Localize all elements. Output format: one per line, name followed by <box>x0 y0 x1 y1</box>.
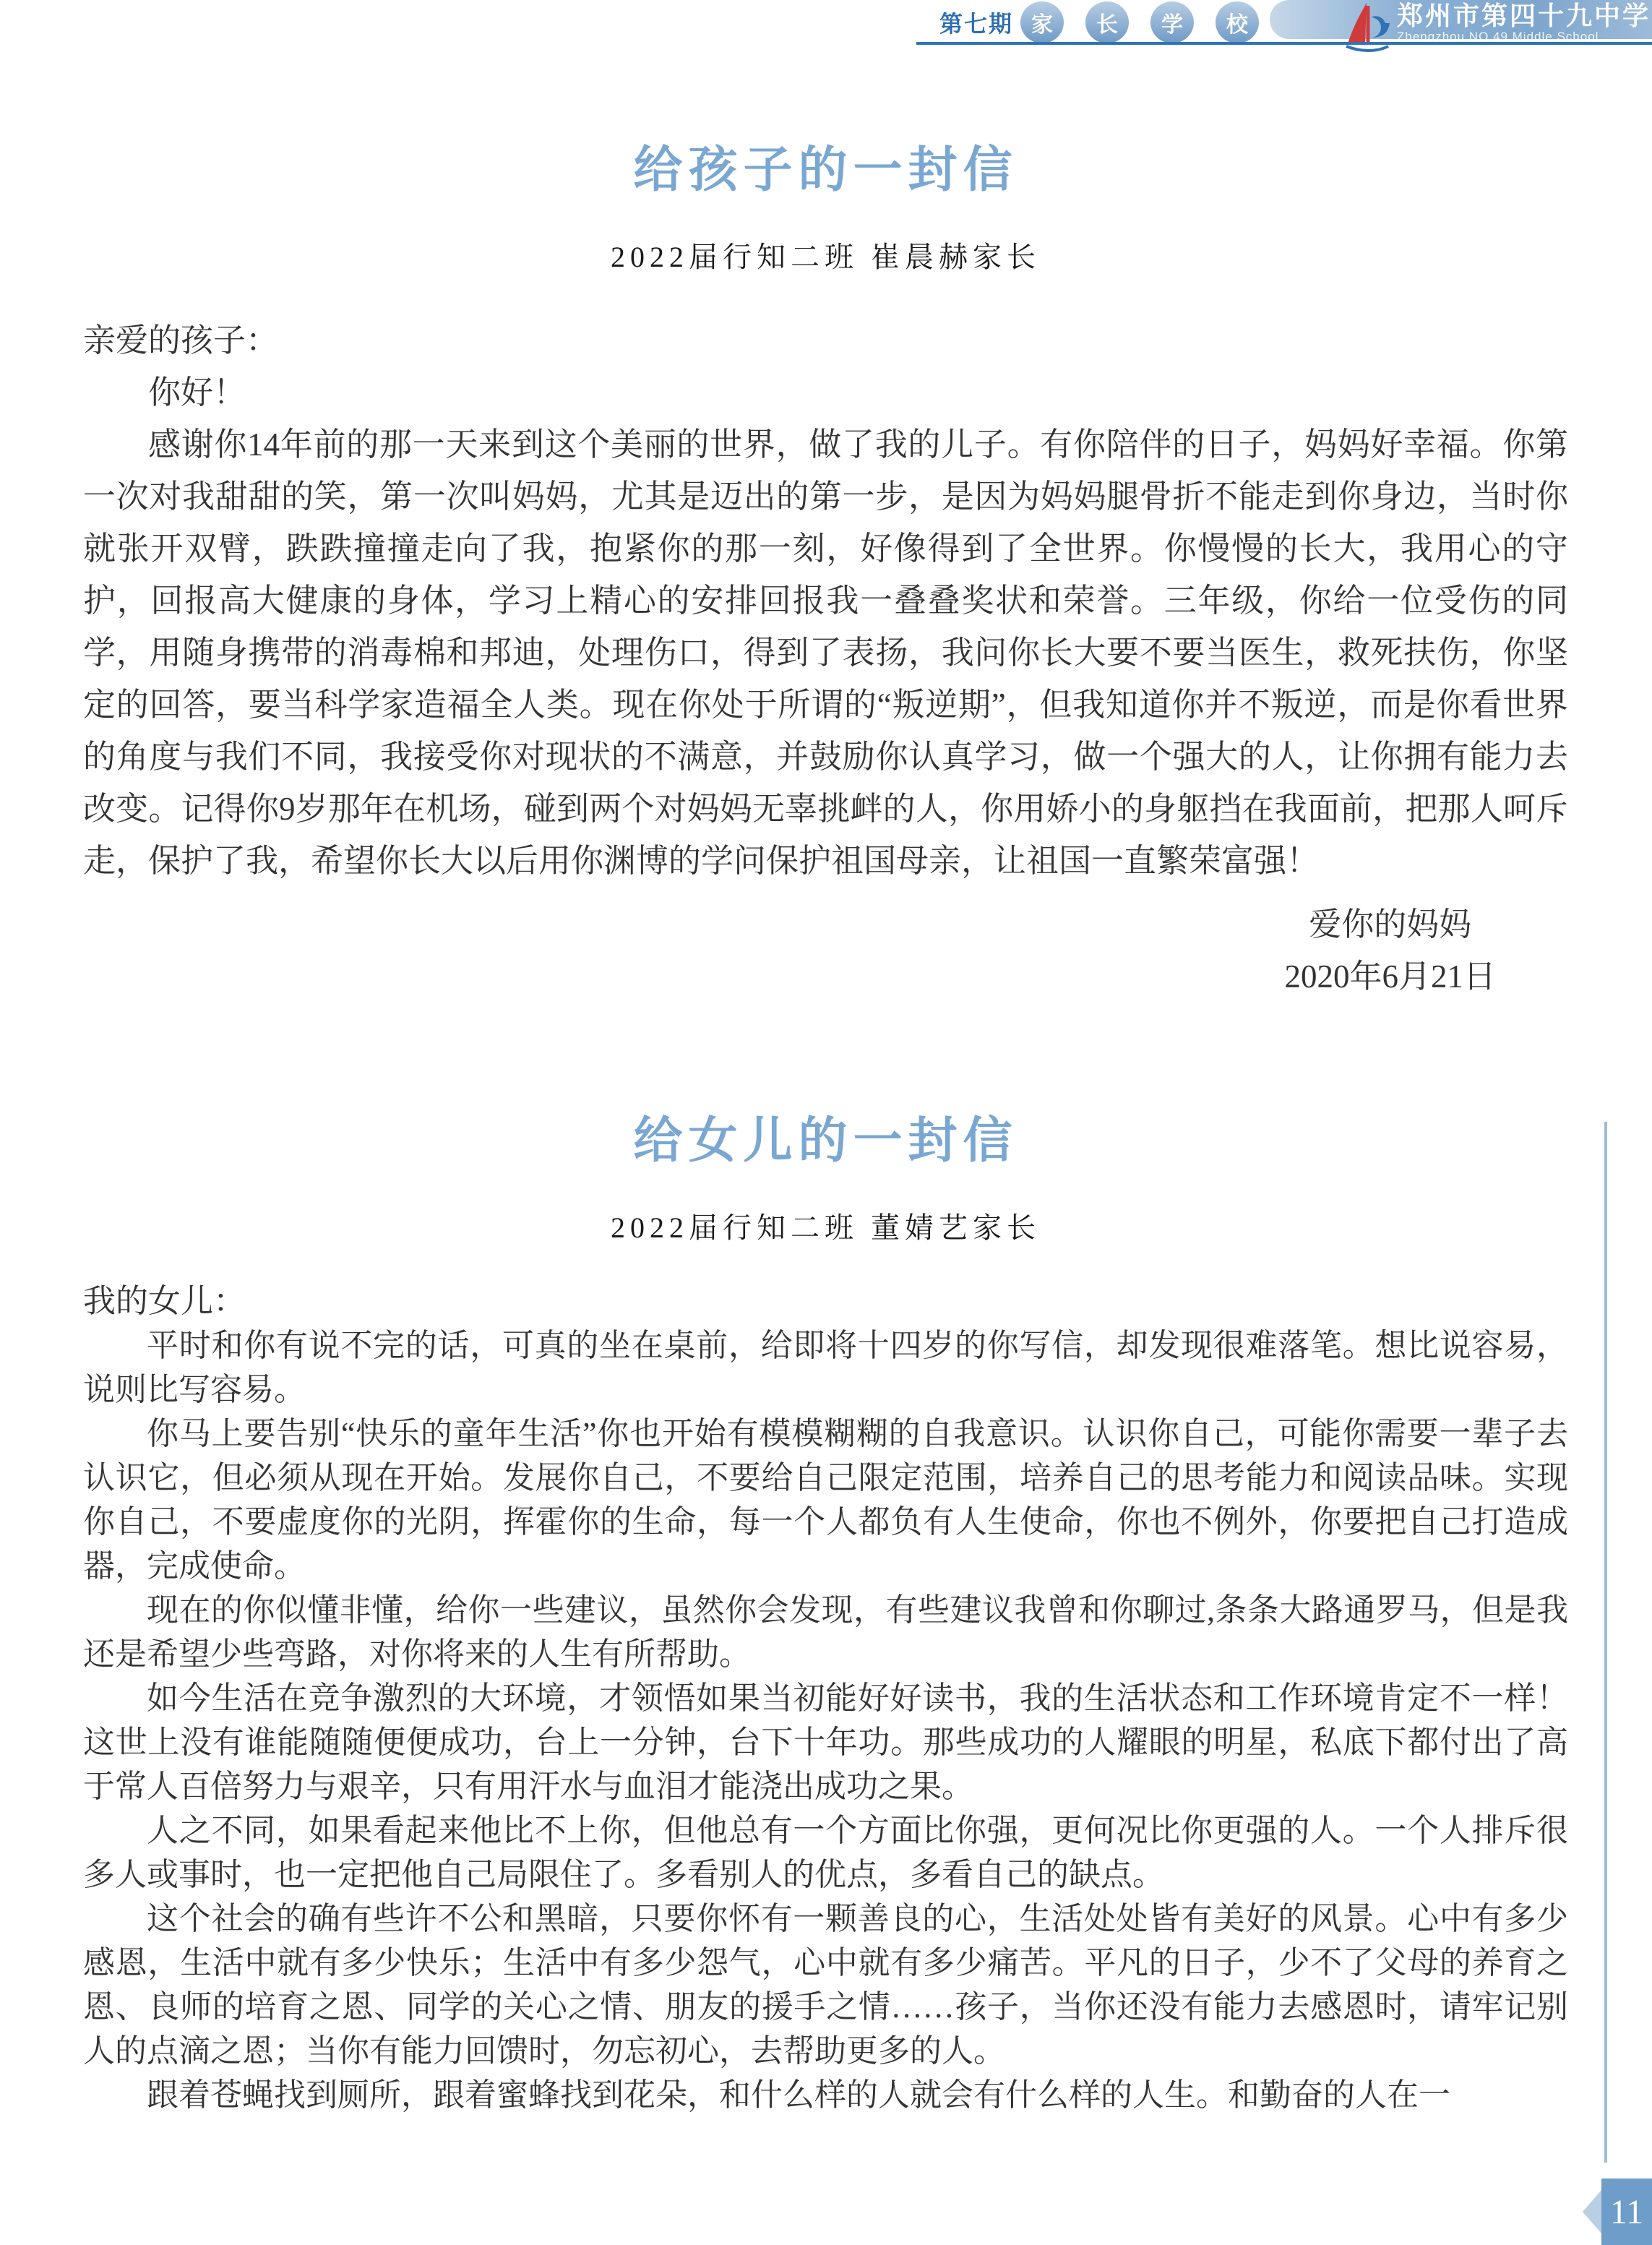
letter1-paragraph: 感谢你14年前的那一天来到这个美丽的世界，做了我的儿子。有你陪伴的日子，妈妈好幸… <box>83 418 1568 887</box>
letter2-paragraph: 如今生活在竞争激烈的大环境，才领悟如果当初能好好读书，我的生活状态和工作环境肯定… <box>83 1676 1568 1808</box>
badge-jia: 家 <box>1020 1 1064 43</box>
page-content: 给孩子的一封信 2022届行知二班 崔晨赫家长 亲爱的孩子： 你好！ 感谢你14… <box>0 45 1652 2117</box>
parent-school-badges: 家 长 学 校 <box>1020 1 1259 43</box>
badge-xiao: 校 <box>1216 1 1259 43</box>
letter2-byline: 2022届行知二班 董婧艺家长 <box>83 1205 1568 1246</box>
letter2-title: 给女儿的一封信 <box>83 1108 1568 1173</box>
letter2-paragraph: 你马上要告别“快乐的童年生活”你也开始有模模糊糊的自我意识。认识你自己，可能你需… <box>83 1412 1568 1588</box>
letter2-paragraph: 现在的你似懂非懂，给你一些建议，虽然你会发现，有些建议我曾和你聊过,条条大路通罗… <box>83 1588 1568 1676</box>
letter-to-son: 给孩子的一封信 2022届行知二班 崔晨赫家长 亲爱的孩子： 你好！ 感谢你14… <box>83 137 1568 1003</box>
letter1-paragraph: 你好！ <box>83 366 1568 418</box>
newsletter-page: 第七期 家 长 学 校 郑州市第四十九中学 Zhengzhou NO.49 Mi… <box>0 0 1652 2245</box>
signoff-date: 2020年6月21日 <box>1284 950 1496 1003</box>
school-banner: 郑州市第四十九中学 Zhengzhou NO.49 Middle School <box>1270 0 1652 39</box>
letter2-paragraph: 跟着苍蝇找到厕所，跟着蜜蜂找到花朵，和什么样的人就会有什么样的人生。和勤奋的人在… <box>83 2073 1568 2117</box>
letter1-salutation: 亲爱的孩子： <box>83 314 1568 366</box>
issue-label: 第七期 <box>939 6 1013 39</box>
letter1-byline: 2022届行知二班 崔晨赫家长 <box>83 234 1568 275</box>
badge-xue: 学 <box>1150 1 1194 43</box>
school-name: 郑州市第四十九中学 <box>1397 3 1651 29</box>
letter2-paragraph: 人之不同，如果看起来他比不上你，但他总有一个方面比你强，更何况比你更强的人。一个… <box>83 1808 1568 1897</box>
side-rule <box>1604 1122 1607 2163</box>
letter2-paragraph: 这个社会的确有些许不公和黑暗，只要你怀有一颗善良的心，生活处处皆有美好的风景。心… <box>83 1897 1568 2073</box>
letter1-title: 给孩子的一封信 <box>83 137 1568 202</box>
letter-to-daughter: 给女儿的一封信 2022届行知二班 董婧艺家长 我的女儿： 平时和你有说不完的话… <box>83 1108 1568 2117</box>
letter1-signoff: 爱你的妈妈 2020年6月21日 <box>83 898 1496 1003</box>
letter2-salutation: 我的女儿： <box>83 1279 1568 1323</box>
page-corner-arrow-icon <box>1583 2190 1601 2233</box>
letter2-paragraph: 平时和你有说不完的话，可真的坐在桌前，给即将十四岁的你写信，却发现很难落笔。想比… <box>83 1323 1568 1412</box>
badge-zhang: 长 <box>1085 1 1129 43</box>
page-number: 11 <box>1601 2179 1652 2245</box>
signoff-name: 爱你的妈妈 <box>1284 898 1496 950</box>
